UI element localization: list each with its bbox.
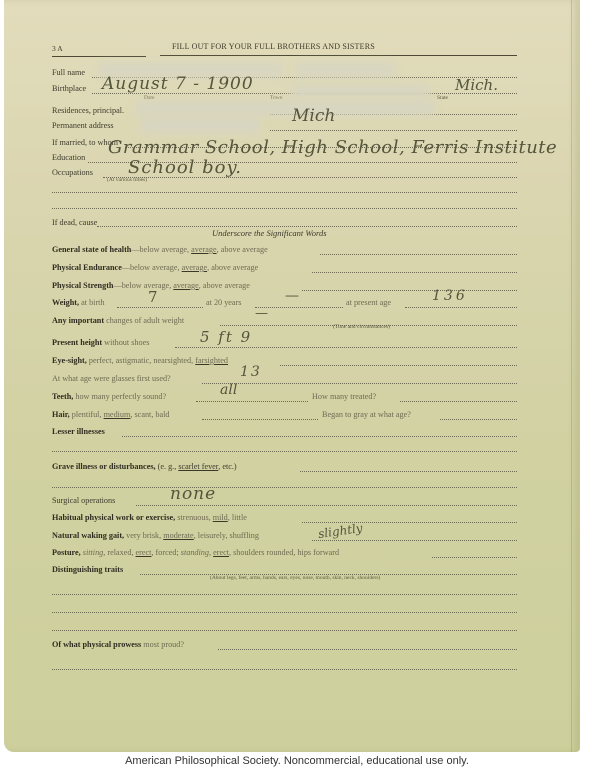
eyesight-row: Eye-sight, perfect, astigmatic, nearsigh… — [52, 356, 228, 365]
hair-row: Hair, plentiful, medium, scant, bald — [52, 410, 170, 419]
grave-illness-line — [300, 471, 517, 472]
weight-changes-row: Any important changes of adult weight — [52, 316, 184, 325]
header-rule — [160, 55, 517, 56]
hair-gray-label: Began to gray at what age? — [322, 410, 411, 419]
teeth-value: all — [220, 382, 237, 398]
prowess-line — [218, 649, 517, 650]
traits-line-4 — [52, 630, 517, 631]
header-rule — [52, 56, 146, 57]
habitual-row: Habitual physical work or exercise, stre… — [52, 513, 247, 522]
redacted-town — [290, 84, 430, 98]
health-row: General state of health—below average, a… — [52, 245, 268, 254]
weight-birth-value: 7 — [148, 288, 158, 306]
redacted-name — [295, 62, 395, 78]
section-heading: Underscore the Significant Words — [212, 228, 327, 238]
lesser-illnesses-line-2 — [52, 451, 517, 452]
permanent-address-label: Permanent address — [52, 121, 114, 130]
hair-line — [202, 419, 318, 420]
surgical-label: Surgical operations — [52, 496, 115, 505]
weight-20-value: — — [285, 288, 299, 304]
traits-line-2 — [52, 594, 517, 595]
posture-line — [432, 557, 517, 558]
weight-present-line — [405, 307, 517, 308]
hair-gray-line — [440, 419, 517, 420]
weight-20-line — [255, 307, 343, 308]
teeth-row: Teeth, how many perfectly sound? — [52, 392, 166, 401]
redacted-residence — [135, 100, 435, 116]
education-value: Grammar School, High School, Ferris Inst… — [108, 137, 557, 158]
education-label: Education — [52, 153, 85, 162]
health-line — [320, 254, 517, 255]
glasses-value: 13 — [240, 364, 262, 380]
height-row: Present height without shoes — [52, 338, 149, 347]
surgical-value: none — [170, 484, 216, 504]
teeth-treated-line — [400, 401, 517, 402]
copyright-caption: American Philosophical Society. Noncomme… — [0, 755, 594, 767]
endurance-row: Physical Endurance—below average, averag… — [52, 263, 258, 272]
birth-date-value: August 7 - 1900 — [102, 74, 254, 94]
occupations-line-3 — [52, 208, 517, 209]
glasses-label: At what age were glasses first used? — [52, 374, 171, 383]
dead-cause-label: If dead, cause — [52, 218, 97, 227]
lesser-illnesses-row: Lesser illnesses — [52, 427, 105, 436]
dead-cause-line — [97, 226, 517, 227]
birth-state-value: Mich. — [455, 76, 498, 94]
surgical-line — [136, 505, 517, 506]
residences-label: Residences, principal. — [52, 106, 124, 115]
traits-line-3 — [52, 612, 517, 613]
teeth-treated-label: How many treated? — [312, 392, 376, 401]
full-name-label: Full name — [52, 68, 85, 77]
weight-changes-note: (Time and circumstances) — [333, 324, 390, 330]
permanent-address-line — [270, 130, 517, 131]
permanent-address-value: Mich — [292, 106, 335, 126]
occupations-label: Occupations — [52, 168, 93, 177]
grave-illness-row: Grave illness or disturbances, (e. g., s… — [52, 462, 237, 471]
page-code: 3 A — [52, 44, 63, 53]
birthplace-label: Birthplace — [52, 84, 86, 93]
occupations-value: School boy. — [128, 157, 242, 178]
teeth-sound-line — [196, 401, 308, 402]
form-heading: FILL OUT FOR YOUR FULL BROTHERS AND SIST… — [172, 42, 375, 51]
gait-row: Natural waking gait, very brisk, moderat… — [52, 531, 259, 540]
habitual-line — [302, 522, 517, 523]
eyesight-line — [280, 365, 517, 366]
traits-row: Distinguishing traits — [52, 565, 123, 574]
height-line — [175, 347, 517, 348]
weight-present-value: 136 — [432, 288, 468, 304]
occupations-line-2 — [52, 192, 517, 193]
prowess-line-2 — [52, 669, 517, 670]
prowess-row: Of what physical prowess most proud? — [52, 640, 184, 649]
traits-note: (About legs, feet, arms, hands, ears, ey… — [210, 575, 380, 581]
lesser-illnesses-line — [122, 436, 517, 437]
weight-row: Weight, at birth — [52, 298, 105, 307]
grave-illness-line-2 — [52, 487, 517, 488]
posture-row: Posture, sitting, relaxed, erect, forced… — [52, 548, 339, 557]
weight-20-label: at 20 years — [206, 298, 241, 307]
state-sublabel: State — [437, 95, 448, 101]
weight-present-label: at present age — [346, 298, 391, 307]
glasses-line — [202, 383, 517, 384]
redacted-address — [140, 116, 260, 134]
gait-line — [312, 540, 517, 541]
endurance-line — [312, 272, 517, 273]
weight-birth-line — [117, 307, 203, 308]
height-value: 5 ft 9 — [200, 328, 252, 346]
weight-changes-value: — — [255, 306, 268, 321]
strength-line — [302, 290, 517, 291]
